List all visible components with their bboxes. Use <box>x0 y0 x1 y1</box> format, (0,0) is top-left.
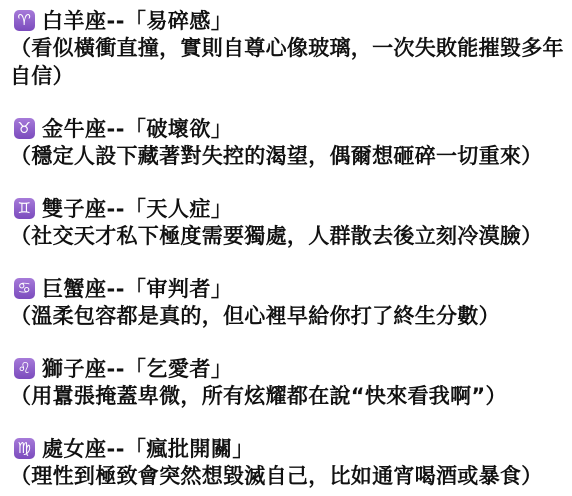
entry-description: （穩定人設下藏著對失控的渴望，偶爾想砸碎一切重來） <box>10 142 566 170</box>
entry-description: （社交天才私下極度需要獨處，人群散去後立刻冷漠臉） <box>10 222 566 250</box>
entry-taurus: ♉ 金牛座--「破壞欲」 （穩定人設下藏著對失控的渴望，偶爾想砸碎一切重來） <box>14 114 566 170</box>
taurus-icon: ♉ <box>14 118 35 139</box>
entry-heading: ♈ 白羊座--「易碎感」 <box>14 6 566 34</box>
entry-description: （溫柔包容都是真的，但心裡早給你打了終生分數） <box>10 302 566 330</box>
entry-title: 金牛座--「破壞欲」 <box>42 113 232 143</box>
virgo-icon: ♍ <box>14 438 35 459</box>
entry-description: （看似橫衝直撞，實則自尊心像玻璃，一次失敗能摧毀多年自信） <box>10 34 566 90</box>
entry-title: 獅子座--「乞愛者」 <box>42 353 232 383</box>
entry-heading: ♋ 巨蟹座--「审判者」 <box>14 274 566 302</box>
entry-heading: ♌ 獅子座--「乞愛者」 <box>14 354 566 382</box>
entry-title: 處女座--「瘋批開關」 <box>42 433 254 463</box>
entry-heading: ♊ 雙子座--「天人症」 <box>14 194 566 222</box>
leo-icon: ♌ <box>14 358 35 379</box>
entry-gemini: ♊ 雙子座--「天人症」 （社交天才私下極度需要獨處，人群散去後立刻冷漠臉） <box>14 194 566 250</box>
entry-aries: ♈ 白羊座--「易碎感」 （看似橫衝直撞，實則自尊心像玻璃，一次失敗能摧毀多年自… <box>14 6 566 90</box>
entry-virgo: ♍ 處女座--「瘋批開關」 （理性到極致會突然想毀滅自己，比如通宵喝酒或暴食） <box>14 434 566 490</box>
entry-description: （用囂張掩蓋卑微，所有炫耀都在說“快來看我啊”） <box>10 382 566 410</box>
cancer-icon: ♋ <box>14 278 35 299</box>
entry-heading: ♍ 處女座--「瘋批開關」 <box>14 434 566 462</box>
entry-leo: ♌ 獅子座--「乞愛者」 （用囂張掩蓋卑微，所有炫耀都在說“快來看我啊”） <box>14 354 566 410</box>
entry-title: 巨蟹座--「审判者」 <box>42 273 232 303</box>
entry-heading: ♉ 金牛座--「破壞欲」 <box>14 114 566 142</box>
gemini-icon: ♊ <box>14 198 35 219</box>
aries-icon: ♈ <box>14 10 35 31</box>
entry-title: 白羊座--「易碎感」 <box>42 5 232 35</box>
entry-title: 雙子座--「天人症」 <box>42 193 232 223</box>
entry-cancer: ♋ 巨蟹座--「审判者」 （溫柔包容都是真的，但心裡早給你打了終生分數） <box>14 274 566 330</box>
entry-description: （理性到極致會突然想毀滅自己，比如通宵喝酒或暴食） <box>10 462 566 490</box>
